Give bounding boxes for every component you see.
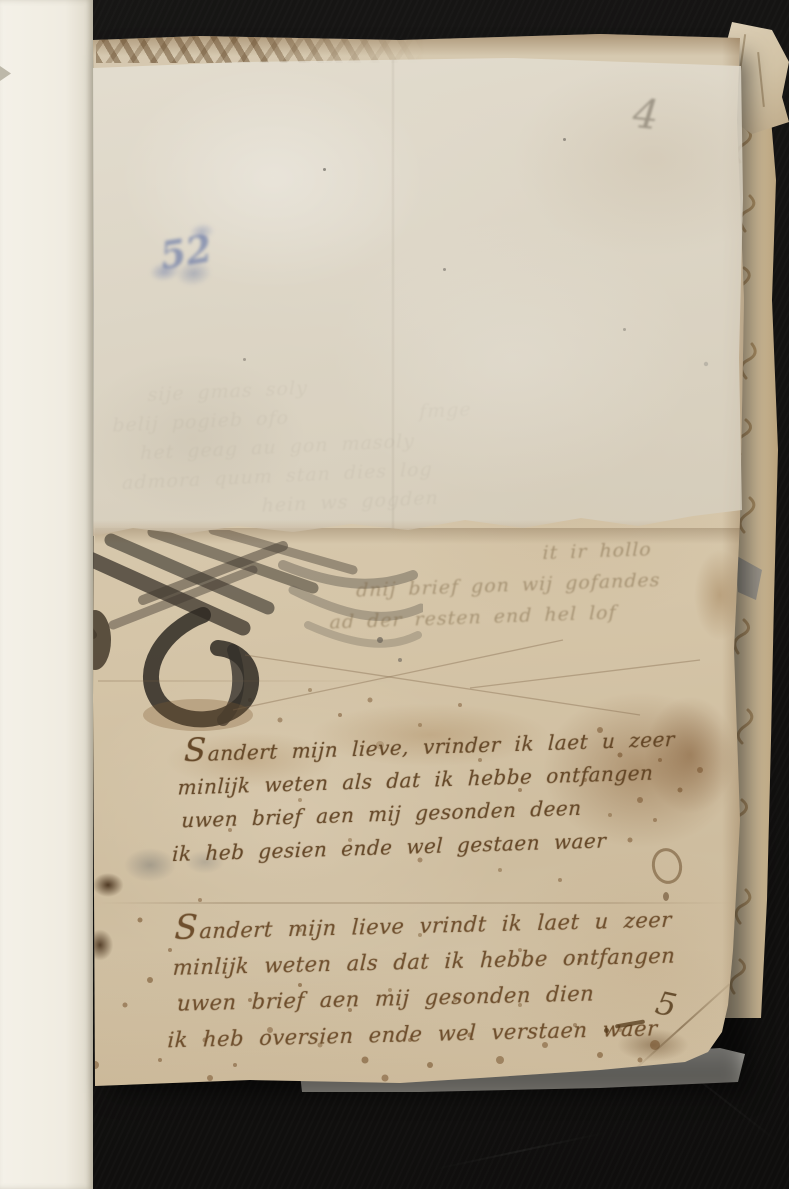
fold-crease-horizontal xyxy=(98,680,398,682)
mount-strip xyxy=(0,0,93,1189)
ink-dot xyxy=(604,1028,609,1033)
photo-canvas: sije gmas soly belij pogieb ofo fmge het… xyxy=(0,0,789,1189)
right-faded-text-block: it ir hollo dnij brief gon wij gofandes … xyxy=(329,530,760,638)
mount-notch xyxy=(0,66,11,81)
blue-ink-stamp: 52 xyxy=(137,206,234,298)
interleaf-fold-line xyxy=(391,58,395,540)
letter-paragraph-1: Sandert mijn lieve, vrinder ik laet u ze… xyxy=(180,717,730,870)
folio-number-4: 4 xyxy=(631,91,661,139)
backdrop-crease xyxy=(432,1131,608,1170)
fold-crease-horizontal xyxy=(98,902,733,904)
letter-paragraph-2: Sandert mijn lieve vrindt ik laet u zeer… xyxy=(169,896,751,1058)
interleaf-specks xyxy=(323,168,326,171)
